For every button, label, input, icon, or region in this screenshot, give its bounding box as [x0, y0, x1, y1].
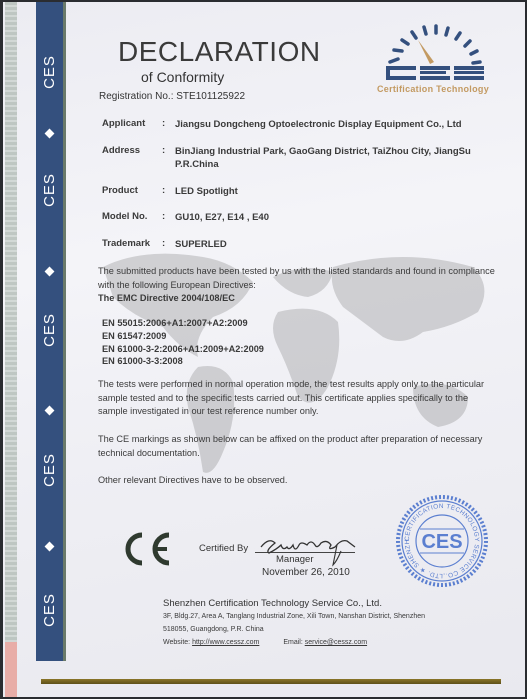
standard-item: EN 61547:2009: [102, 330, 264, 343]
issuer-address-line2: 518055, Guangdong, P.R. China: [163, 626, 264, 633]
issuer-company: Shenzhen Certification Technology Servic…: [163, 598, 382, 609]
certificate-page: CES CES CES CES CES DECLARATION of Confo…: [3, 2, 525, 697]
side-band-label: CES: [40, 170, 60, 210]
gauge-icon: [368, 22, 498, 84]
intro-paragraph: The submitted products have been tested …: [98, 265, 498, 306]
certified-by-label: Certified By: [199, 543, 248, 554]
document-subtitle: of Conformity: [141, 69, 224, 85]
field-value: BinJiang Industrial Park, GaoGang Distri…: [175, 145, 480, 171]
email-link[interactable]: service@cessz.com: [305, 639, 367, 646]
tests-note: The tests were performed in normal opera…: [98, 378, 498, 419]
standard-item: EN 61000-3-2:2006+A1:2009+A2:2009: [102, 343, 264, 356]
footer-rule: [41, 679, 501, 684]
issuer-contact: Website: http://www.cessz.com Email: ser…: [163, 639, 367, 646]
standard-item: EN 61000-3-3:2008: [102, 355, 264, 368]
field-label: Applicant: [102, 118, 162, 131]
document-title: DECLARATION: [118, 36, 321, 68]
field-colon: :: [162, 118, 175, 131]
diamond-icon: [45, 129, 55, 139]
field-label: Model No.: [102, 211, 162, 224]
signer-title: Manager: [276, 554, 314, 565]
directive-name: The EMC Directive 2004/108/EC: [98, 292, 498, 306]
website-label: Website:: [163, 639, 190, 646]
field-trademark: Trademark : SUPERLED: [102, 238, 475, 251]
field-value: LED Spotlight: [175, 185, 475, 198]
website-link[interactable]: http://www.cessz.com: [192, 639, 259, 646]
field-address: Address : BinJiang Industrial Park, GaoG…: [102, 145, 480, 171]
field-colon: :: [162, 185, 175, 198]
diamond-icon: [45, 267, 55, 277]
registration-label: Registration No.:: [99, 91, 173, 102]
side-band: CES CES CES CES CES: [36, 2, 66, 661]
standard-item: EN 55015:2006+A1:2007+A2:2009: [102, 317, 264, 330]
edge-tint: [5, 642, 17, 697]
field-label: Trademark: [102, 238, 162, 251]
field-model-no: Model No. : GU10, E27, E14 , E40: [102, 211, 475, 224]
svg-text:CES: CES: [421, 531, 462, 553]
side-band-label: CES: [40, 450, 60, 490]
field-value: GU10, E27, E14 , E40: [175, 211, 475, 224]
signature-date: November 26, 2010: [262, 567, 350, 578]
field-value: SUPERLED: [175, 238, 475, 251]
field-colon: :: [162, 238, 175, 251]
intro-text: The submitted products have been tested …: [98, 265, 498, 292]
ce-mark-icon: [120, 531, 172, 567]
diamond-icon: [45, 542, 55, 552]
field-colon: :: [162, 211, 175, 224]
registration-number: Registration No.: STE101125922: [99, 91, 245, 102]
side-band-label: CES: [40, 52, 60, 92]
registration-value: STE101125922: [176, 91, 245, 102]
field-colon: :: [162, 145, 175, 171]
signature-image: [255, 531, 365, 571]
standards-list: EN 55015:2006+A1:2007+A2:2009 EN 61547:2…: [102, 317, 264, 368]
ce-note: The CE markings as shown below can be af…: [98, 433, 498, 460]
field-applicant: Applicant : Jiangsu Dongcheng Optoelectr…: [102, 118, 505, 131]
email-label: Email:: [283, 639, 302, 646]
logo-caption: Certification Technology: [368, 84, 498, 94]
side-band-label: CES: [40, 590, 60, 630]
company-seal-stamp: CERTIFICATION TECHNOLOGY SERVICE CO.,LTD…: [394, 493, 490, 589]
field-product: Product : LED Spotlight: [102, 185, 475, 198]
diamond-icon: [45, 406, 55, 416]
issuer-address-line1: 3F, Bldg.27, Area A, Tanglang Industrial…: [163, 613, 425, 620]
field-label: Address: [102, 145, 162, 171]
other-directives-note: Other relevant Directives have to be obs…: [98, 474, 498, 488]
paper-edge: [5, 2, 17, 697]
field-label: Product: [102, 185, 162, 198]
side-band-label: CES: [40, 310, 60, 350]
ces-logo: Certification Technology: [368, 22, 498, 97]
field-value: Jiangsu Dongcheng Optoelectronic Display…: [175, 118, 505, 131]
